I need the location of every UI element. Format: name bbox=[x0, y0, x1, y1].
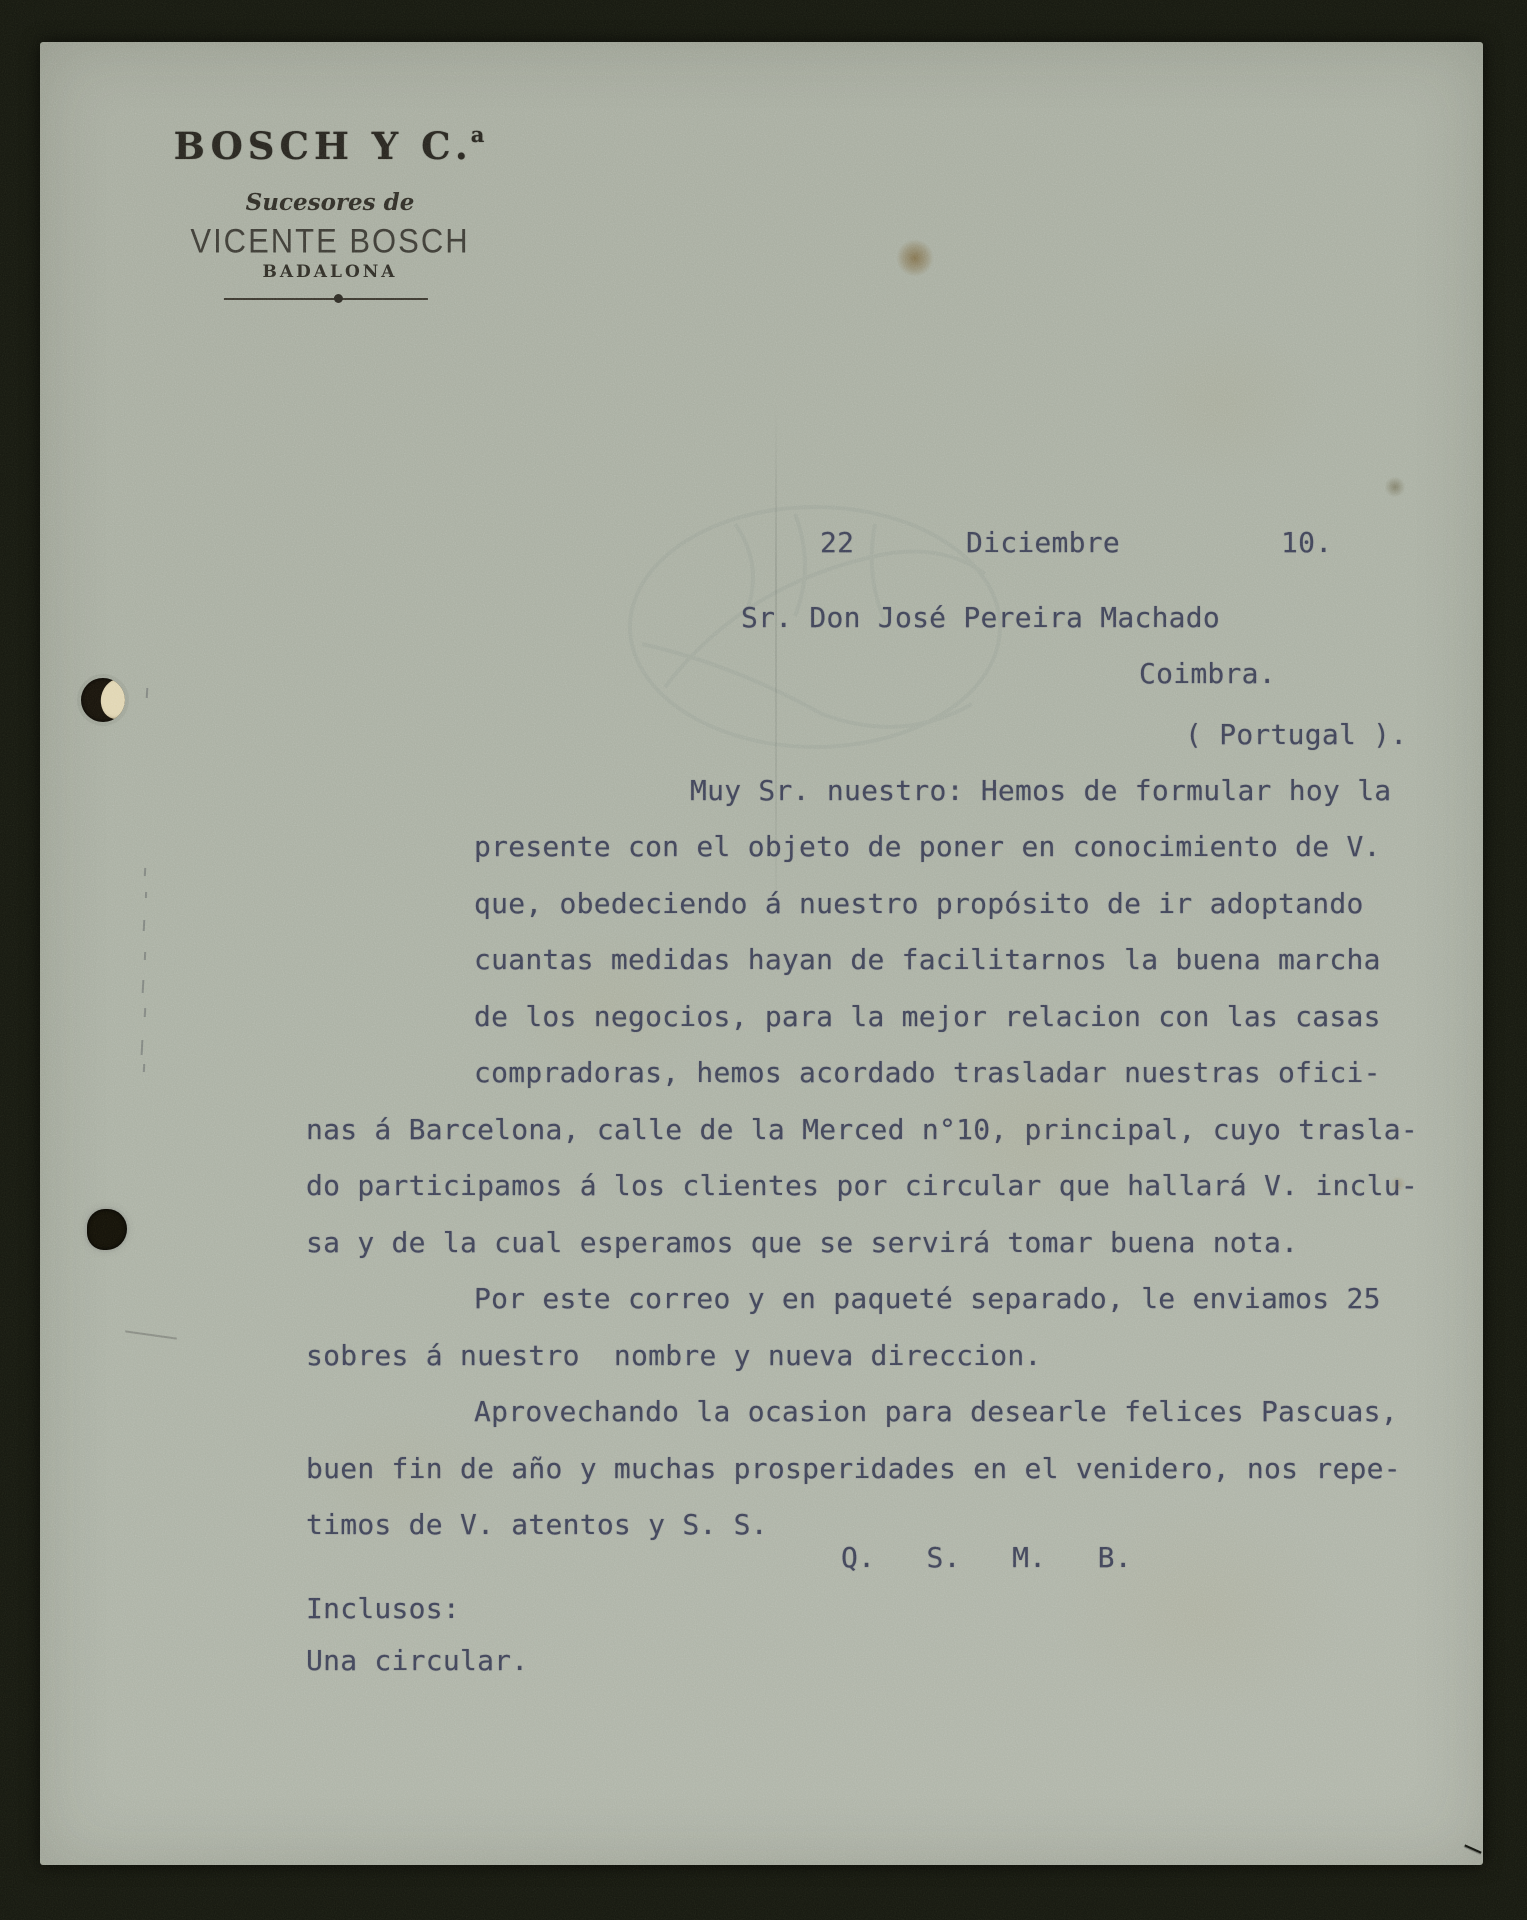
recipient-country: ( Portugal ). bbox=[1185, 719, 1407, 751]
letterhead-company-superscript: a bbox=[471, 122, 485, 147]
letterhead-company-name: BOSCH Y C.a bbox=[135, 124, 525, 168]
body-line: presente con el objeto de poner en conoc… bbox=[474, 831, 1381, 863]
punch-hole-top bbox=[81, 678, 125, 722]
enclosures-item: Una circular. bbox=[306, 1645, 528, 1677]
enclosures-label: Inclusos: bbox=[306, 1593, 460, 1625]
letterhead-city: BADALONA bbox=[135, 262, 525, 282]
letterhead-subtitle: Sucesores de bbox=[135, 189, 525, 216]
punch-hole-torn-flap bbox=[97, 678, 125, 722]
pencil-mark bbox=[143, 1064, 145, 1072]
edge-tear-nick bbox=[1464, 1844, 1481, 1853]
closing-formula: Q. S. M. B. bbox=[841, 1542, 1132, 1574]
pencil-mark bbox=[146, 688, 149, 698]
body-line: do participamos á los clientes por circu… bbox=[306, 1170, 1418, 1202]
pencil-mark bbox=[141, 1040, 144, 1055]
body-line: de los negocios, para la mejor relacion … bbox=[474, 1001, 1381, 1033]
body-line: compradoras, hemos acordado trasladar nu… bbox=[474, 1057, 1381, 1089]
pencil-mark bbox=[145, 892, 147, 898]
date-day: 22 bbox=[820, 527, 854, 559]
body-line: nas á Barcelona, calle de la Merced n°10… bbox=[306, 1114, 1418, 1146]
body-line: que, obedeciendo á nuestro propósito de … bbox=[474, 888, 1364, 920]
punch-hole-bottom bbox=[87, 1209, 127, 1250]
letter-paper: BOSCH Y C.a Sucesores de VICENTE BOSCH B… bbox=[40, 42, 1483, 1865]
date-year: 10. bbox=[1281, 527, 1332, 559]
body-line: Aprovechando la ocasion para desearle fe… bbox=[474, 1396, 1398, 1428]
pencil-mark bbox=[144, 868, 146, 876]
pencil-mark bbox=[143, 920, 146, 931]
body-line: Por este correo y en paqueté separado, l… bbox=[474, 1283, 1381, 1315]
body-line: Muy Sr. nuestro: Hemos de formular hoy l… bbox=[690, 775, 1391, 807]
letterhead-company-text: BOSCH Y C. bbox=[174, 124, 473, 168]
scratch-mark bbox=[125, 1330, 177, 1339]
body-line: buen fin de año y muchas prosperidades e… bbox=[306, 1453, 1401, 1485]
recipient-city: Coimbra. bbox=[1139, 658, 1276, 690]
body-line: timos de V. atentos y S. S. bbox=[306, 1509, 768, 1541]
body-line: sa y de la cual esperamos que se servirá… bbox=[306, 1227, 1298, 1259]
letterhead: BOSCH Y C.a Sucesores de VICENTE BOSCH B… bbox=[135, 42, 525, 332]
scan-background: BOSCH Y C.a Sucesores de VICENTE BOSCH B… bbox=[0, 0, 1527, 1920]
letterhead-founder-name: VICENTE BOSCH bbox=[135, 221, 525, 261]
pencil-mark bbox=[142, 980, 145, 993]
date-month: Diciembre bbox=[966, 527, 1120, 559]
recipient-name: Sr. Don José Pereira Machado bbox=[741, 602, 1220, 634]
body-line: sobres á nuestro nombre y nueva direccio… bbox=[306, 1340, 1042, 1372]
letterhead-rule-dot bbox=[334, 294, 343, 303]
pencil-mark bbox=[144, 952, 146, 960]
body-line: cuantas medidas hayan de facilitarnos la… bbox=[474, 944, 1381, 976]
letterhead-rule bbox=[224, 298, 428, 300]
pencil-mark bbox=[144, 1008, 146, 1017]
